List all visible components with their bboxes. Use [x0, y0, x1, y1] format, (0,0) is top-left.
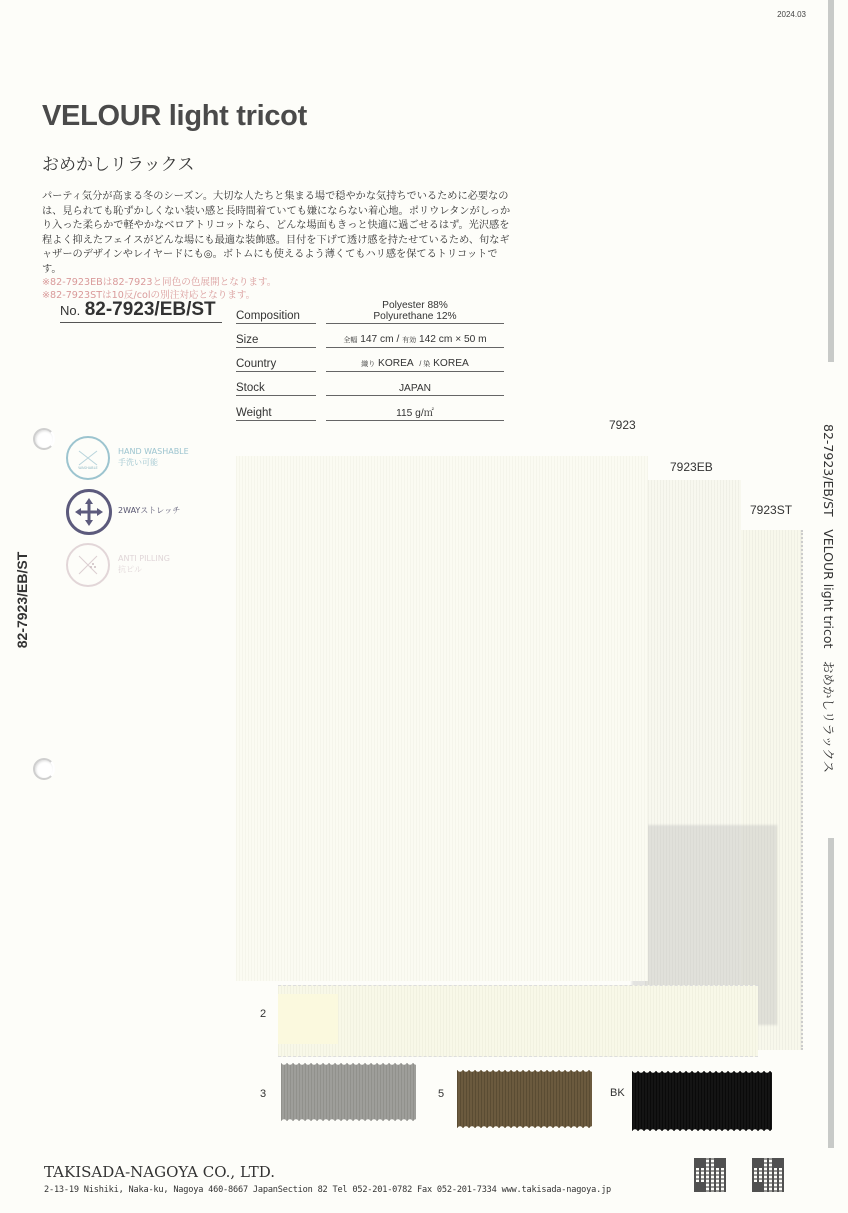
weave-label: 織り — [361, 361, 375, 368]
spec-country: Country 織り KOREA / 染 KOREA — [236, 354, 504, 372]
qr-code-icon[interactable] — [752, 1158, 784, 1192]
description: パーティ気分が高まる冬のシーズン。大切な人たちと集まる場で穏やかな気持ちでいるた… — [42, 190, 512, 302]
anti-pilling-icon — [66, 543, 110, 587]
full-width-label: 全幅 — [343, 337, 357, 344]
spec-label: Stock — [236, 381, 316, 396]
edge-bar-top — [828, 0, 834, 362]
color-swatch-3 — [281, 1063, 416, 1121]
feature-label: ANTI PILLING — [118, 553, 170, 564]
issue-date: 2024.03 — [777, 10, 806, 19]
side-label-left-text: 82-7923/EB/ST — [14, 552, 30, 649]
page-title: VELOUR light tricot — [42, 100, 307, 133]
side-label-right-text: 82-7923/EB/ST VELOUR light tricot おめかしリラ… — [820, 424, 838, 773]
variant-label-7923eb: 7923EB — [670, 460, 713, 474]
variant-label-7923: 7923 — [609, 418, 636, 432]
color-swatch-5 — [457, 1070, 592, 1128]
variant-label-7923st: 7923ST — [750, 503, 792, 517]
color-code: 3 — [260, 1088, 266, 1100]
description-body: パーティ気分が高まる冬のシーズン。大切な人たちと集まる場で穏やかな気持ちでいるた… — [42, 190, 512, 277]
side-label-right: 82-7923/EB/ST VELOUR light tricot おめかしリラ… — [816, 424, 842, 764]
full-width-value: 147 cm / — [360, 334, 399, 345]
page-subtitle: おめかしリラックス — [42, 150, 195, 175]
effective-width-value: 142 cm × 50 m — [419, 334, 487, 345]
feature-label-ja: 手洗い可能 — [118, 457, 189, 468]
spec-size: Size 全幅 147 cm / 有効 142 cm × 50 m — [236, 330, 504, 348]
effective-width-label: 有効 — [402, 337, 416, 344]
svg-text:WASHABLE: WASHABLE — [78, 466, 97, 470]
binder-hole-icon — [33, 758, 55, 780]
spec-value: 織り KOREA / 染 KOREA — [326, 358, 504, 372]
spec-value: 115 g/㎡ — [326, 408, 504, 421]
two-way-stretch-icon — [66, 489, 112, 535]
spec-label: Country — [236, 357, 316, 372]
binder-hole-icon — [33, 428, 55, 450]
color-2-patch — [278, 994, 338, 1044]
product-number-value: 82-7923/EB/ST — [85, 299, 216, 320]
spec-value: JAPAN — [326, 383, 504, 396]
weave-country: KOREA — [378, 358, 414, 369]
dye-country: KOREA — [433, 358, 469, 369]
fabric-sample-color-2 — [278, 985, 758, 1057]
composition-line-2: Polyurethane 12% — [326, 311, 504, 322]
hand-washable-icon: WASHABLE — [66, 436, 110, 480]
spec-label: Size — [236, 333, 316, 348]
feature-label: 2WAYストレッチ — [118, 505, 180, 516]
color-code: 2 — [260, 1008, 266, 1020]
fabric-sample-7923 — [236, 456, 648, 981]
spec-weight: Weight 115 g/㎡ — [236, 403, 504, 421]
note-eb: ※82-7923EBは82-7923と同色の色展開となります。 — [42, 277, 512, 290]
product-number: No. 82-7923/EB/ST — [60, 299, 222, 323]
spec-label: Weight — [236, 406, 316, 421]
spec-label: Composition — [236, 309, 316, 324]
spec-composition: Composition Polyester 88% Polyurethane 1… — [236, 304, 504, 324]
color-swatch-bk — [632, 1071, 772, 1131]
color-code: 5 — [438, 1088, 444, 1100]
company-name: TAKISADA-NAGOYA CO., LTD. — [44, 1163, 275, 1181]
spec-value: Polyester 88% Polyurethane 12% — [326, 300, 504, 324]
qr-code-icon[interactable] — [694, 1158, 726, 1192]
spec-stock: Stock JAPAN — [236, 378, 504, 396]
feature-label: HAND WASHABLE — [118, 446, 189, 457]
dye-label: / 染 — [419, 361, 430, 368]
side-label-left: 82-7923/EB/ST — [10, 530, 34, 670]
feature-label-ja: 抗ピル — [118, 564, 170, 575]
product-number-label: No. — [60, 303, 80, 318]
edge-bar-bottom — [828, 838, 834, 1148]
company-address: 2-13-19 Nishiki, Naka-ku, Nagoya 460-866… — [44, 1185, 611, 1195]
composition-line-1: Polyester 88% — [326, 300, 504, 311]
spec-value: 全幅 147 cm / 有効 142 cm × 50 m — [326, 334, 504, 348]
color-code: BK — [610, 1087, 625, 1099]
